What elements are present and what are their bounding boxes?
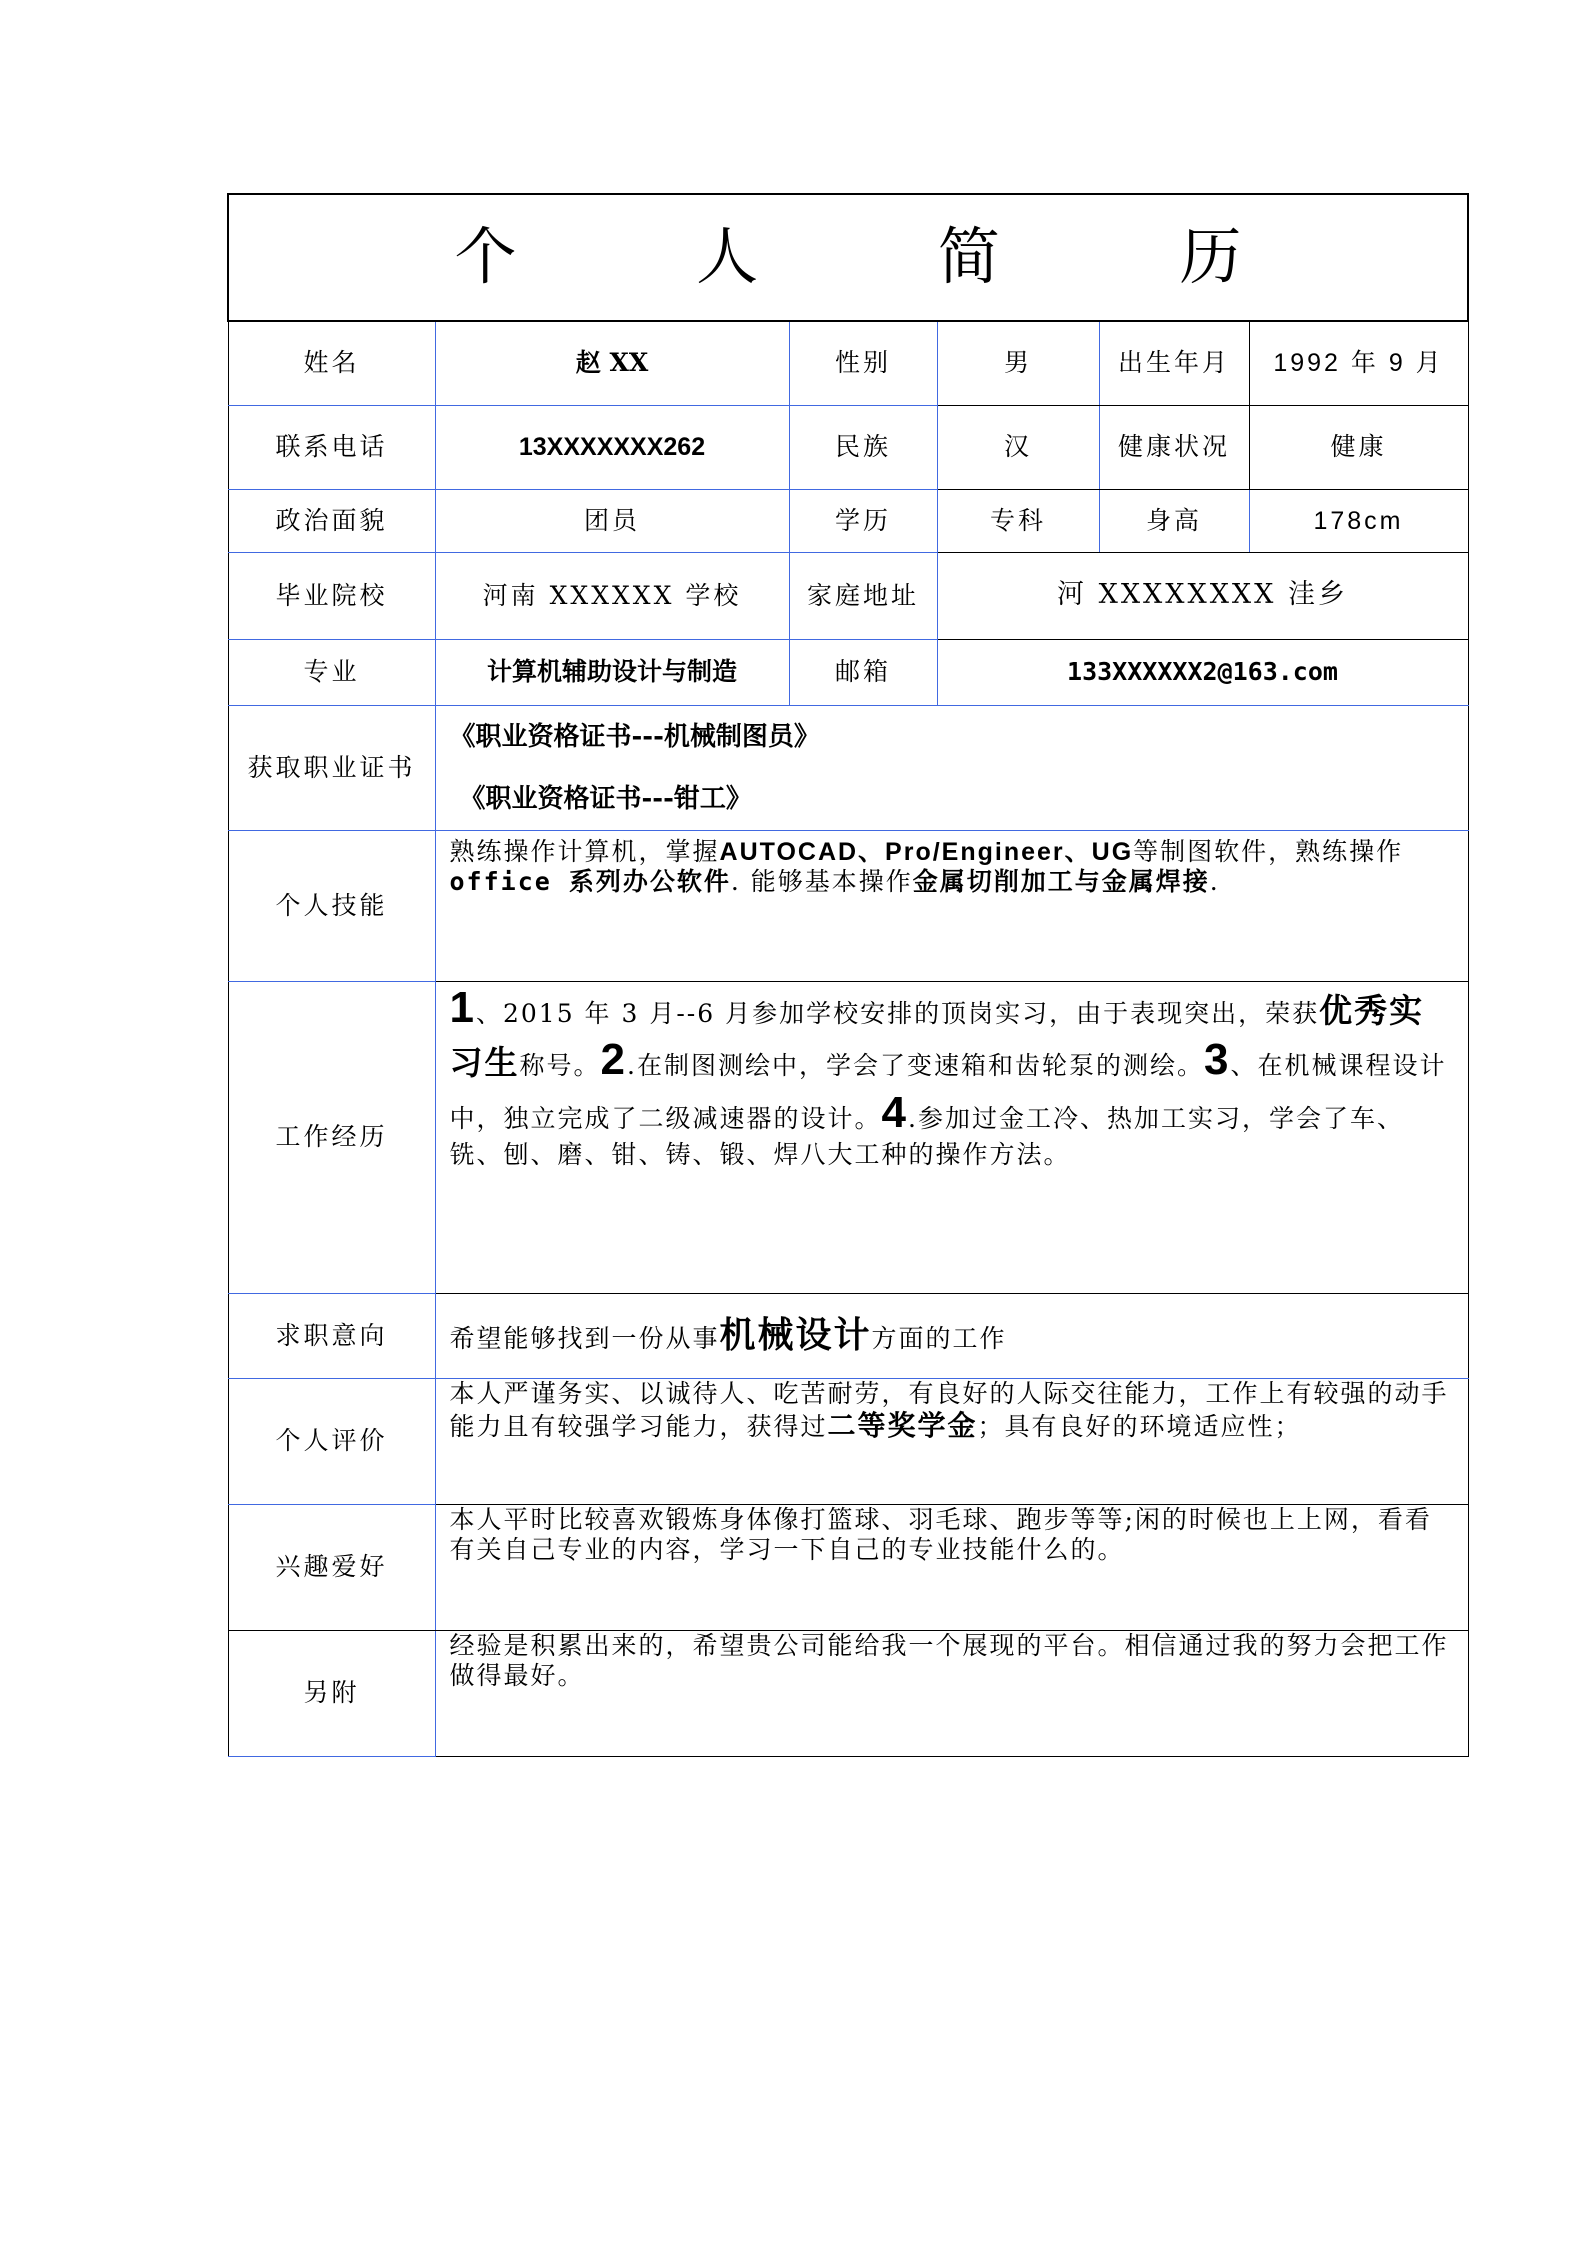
- additional-text: 经验是积累出来的，希望贵公司能给我一个展现的平台。相信通过我的努力会把工作做得最…: [435, 1630, 1468, 1756]
- certificate-item: 《职业资格证书---钳工》: [450, 768, 1458, 830]
- skills-text: 熟练操作计算机，掌握AUTOCAD、Pro/Engineer、UG等制图软件，熟…: [435, 830, 1468, 981]
- phone-value: 13XXXXXXX262: [435, 405, 789, 489]
- major-label: 专业: [228, 639, 435, 705]
- birth-value: 1992 年 9 月: [1249, 321, 1468, 405]
- ethnicity-label: 民族: [789, 405, 937, 489]
- skills-label: 个人技能: [228, 830, 435, 981]
- job-intention-text: 希望能够找到一份从事机械设计方面的工作: [435, 1293, 1468, 1378]
- additional-label: 另附: [228, 1630, 435, 1756]
- resume-table: 个 人 简 历 姓名 赵 XX 性别 男 出生年月 1992 年 9 月 联系电…: [227, 193, 1469, 1757]
- birth-label: 出生年月: [1099, 321, 1249, 405]
- self-evaluation-text: 本人严谨务实、以诚待人、吃苦耐劳，有良好的人际交往能力，工作上有较强的动手能力且…: [435, 1378, 1468, 1504]
- political-value: 团员: [435, 489, 789, 552]
- health-label: 健康状况: [1099, 405, 1249, 489]
- email-label: 邮箱: [789, 639, 937, 705]
- height-label: 身高: [1099, 489, 1249, 552]
- job-intention-label: 求职意向: [228, 1293, 435, 1378]
- title-cell: 个 人 简 历: [228, 194, 1468, 321]
- hobbies-label: 兴趣爱好: [228, 1504, 435, 1630]
- resume-page: 个 人 简 历 姓名 赵 XX 性别 男 出生年月 1992 年 9 月 联系电…: [0, 0, 1587, 2245]
- school-value: 河南 XXXXXX 学校: [435, 552, 789, 639]
- address-label: 家庭地址: [789, 552, 937, 639]
- name-value: 赵 XX: [435, 321, 789, 405]
- certificates-label: 获取职业证书: [228, 705, 435, 830]
- certificates-list: 《职业资格证书---机械制图员》 《职业资格证书---钳工》: [435, 705, 1468, 830]
- work-experience-label: 工作经历: [228, 981, 435, 1293]
- education-value: 专科: [937, 489, 1099, 552]
- name-label: 姓名: [228, 321, 435, 405]
- phone-label: 联系电话: [228, 405, 435, 489]
- hobbies-text: 本人平时比较喜欢锻炼身体像打篮球、羽毛球、跑步等等;闲的时候也上上网，看看有关自…: [435, 1504, 1468, 1630]
- school-label: 毕业院校: [228, 552, 435, 639]
- work-experience-text: 1、2015 年 3 月--6 月参加学校安排的顶岗实习，由于表现突出，荣获优秀…: [435, 981, 1468, 1293]
- page-title: 个 人 简 历: [374, 220, 1321, 293]
- address-value: 河 XXXXXXXX 洼乡: [937, 552, 1468, 639]
- self-evaluation-label: 个人评价: [228, 1378, 435, 1504]
- height-value: 178cm: [1249, 489, 1468, 552]
- political-label: 政治面貌: [228, 489, 435, 552]
- health-value: 健康: [1249, 405, 1468, 489]
- ethnicity-value: 汉: [937, 405, 1099, 489]
- education-label: 学历: [789, 489, 937, 552]
- certificate-item: 《职业资格证书---机械制图员》: [450, 706, 1458, 768]
- gender-value: 男: [937, 321, 1099, 405]
- gender-label: 性别: [789, 321, 937, 405]
- major-value: 计算机辅助设计与制造: [435, 639, 789, 705]
- email-value: 133XXXXXX2@163.com: [937, 639, 1468, 705]
